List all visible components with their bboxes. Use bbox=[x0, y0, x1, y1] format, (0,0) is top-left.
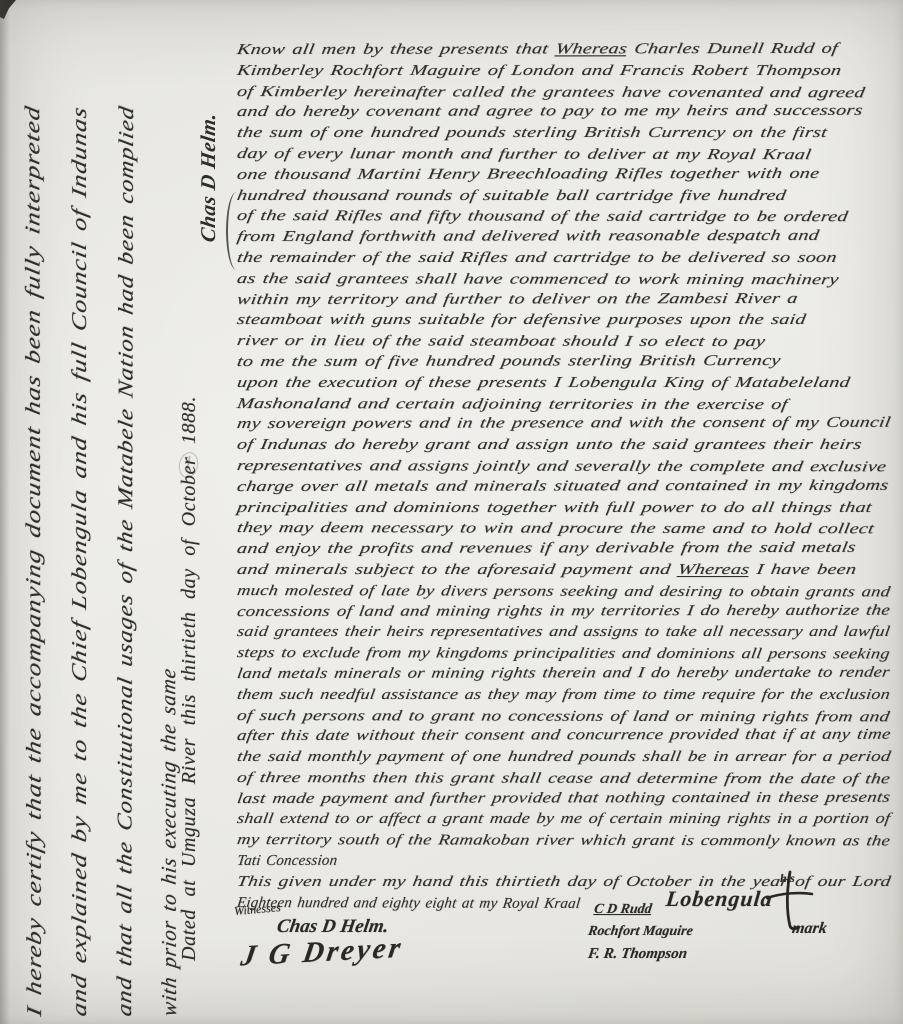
text-run: river or in lieu of the said steamboat s… bbox=[236, 333, 767, 350]
text-run: land metals minerals or mining rights th… bbox=[236, 665, 891, 682]
text-run: of such persons and to grant no concessi… bbox=[236, 708, 891, 725]
text-run: shall extend to or affect a grant made b… bbox=[236, 811, 891, 827]
text-run: after this date without their consent an… bbox=[236, 727, 892, 744]
text-run: the said monthly payment of one hundred … bbox=[236, 749, 892, 765]
text-run: charge over all metals and minerals situ… bbox=[236, 477, 890, 494]
hand-line: hundred thousand rounds of suitable ball… bbox=[235, 186, 903, 207]
text-run: day of every lunar month and further to … bbox=[236, 146, 813, 163]
text-run: the remainder of the said Rifles and car… bbox=[236, 250, 838, 266]
text-run: Kimberley Rochfort Maguire of London and… bbox=[236, 63, 843, 79]
text-run: my territory south of the Ramakoban rive… bbox=[236, 832, 891, 849]
text-run: steps to exclude from my kingdoms princi… bbox=[236, 645, 891, 662]
text-run: of three months then this grant shall ce… bbox=[236, 770, 892, 787]
text-run: one thousand Martini Henry Breechloading… bbox=[236, 166, 821, 183]
text-run: steamboat with guns suitable for defensi… bbox=[236, 312, 807, 328]
text-run: I have been bbox=[748, 562, 858, 578]
signature-jg-dreyer: J G Dreyer bbox=[238, 932, 405, 974]
hand-line: charge over all metals and minerals situ… bbox=[235, 475, 903, 498]
document-page: I hereby certify that the accompanying d… bbox=[0, 0, 903, 1024]
text-run: upon the execution of these presents I L… bbox=[236, 375, 851, 391]
text-run: as the said grantees shall have commence… bbox=[236, 271, 840, 288]
text-run: much molested of late by divers persons … bbox=[236, 583, 892, 600]
hand-line: the sum of one hundred pounds sterling B… bbox=[235, 123, 903, 144]
margin-dated-line: Dated at Umguza River this thirtieth day… bbox=[178, 396, 201, 961]
hand-line: Know all men by these presents that Wher… bbox=[235, 38, 903, 61]
text-run: and do hereby covenant and agree to pay … bbox=[236, 103, 864, 120]
margin-endorsement-lines: I hereby certify that the accompanying d… bbox=[12, 82, 192, 1016]
text-run: concessions of land and mining rights in… bbox=[236, 602, 891, 619]
hand-line: I hereby certify that the accompanying d… bbox=[10, 0, 57, 1020]
hand-line: to me the sum of five hundred pounds ste… bbox=[235, 350, 903, 373]
lobengula-cross-mark bbox=[762, 868, 816, 939]
hand-line: concessions of land and mining rights in… bbox=[235, 600, 903, 623]
hand-line: one thousand Martini Henry Breechloading… bbox=[235, 163, 903, 186]
hand-line: and do hereby covenant and agree to pay … bbox=[235, 101, 903, 124]
text-run: to me the sum of five hundred pounds ste… bbox=[236, 353, 782, 370]
text-run: I hereby certify that the accompanying d… bbox=[20, 104, 46, 1018]
hand-line: them such needful assistance as they may… bbox=[235, 685, 903, 706]
text-run: last made payment and further provided t… bbox=[236, 789, 892, 806]
margin-endorsement: I hereby certify that the accompanying d… bbox=[12, 82, 230, 1016]
text-run: of Kimberley hereinafter called the gran… bbox=[236, 84, 866, 101]
hand-line: the remainder of the said Rifles and car… bbox=[235, 248, 903, 269]
underlined-word: Whereas bbox=[677, 562, 751, 578]
text-run: of the said Rifles and fifty thousand of… bbox=[236, 208, 849, 225]
hand-line: my sovereign powers and in the presence … bbox=[235, 413, 903, 436]
signature-fr-thompson: F. R. Thompson bbox=[587, 946, 688, 963]
text-run: principalities and dominions together wi… bbox=[236, 500, 873, 516]
hand-line: and explained by me to the Chief Lobengu… bbox=[57, 0, 102, 1020]
text-run: Tati Concession bbox=[236, 853, 338, 869]
text-run: and minerals subject to the aforesaid pa… bbox=[236, 562, 679, 578]
text-run: they may deem necessary to win and procu… bbox=[236, 520, 876, 537]
text-run: the sum of one hundred pounds sterling B… bbox=[236, 125, 829, 141]
hand-line: and that all the Constitutional usages o… bbox=[102, 0, 149, 1020]
text-run: hundred thousand rounds of suitable ball… bbox=[236, 188, 787, 204]
hand-line: Kimberley Rochfort Maguire of London and… bbox=[235, 61, 903, 82]
hand-line: after this date without their consent an… bbox=[235, 725, 903, 748]
hand-line: steamboat with guns suitable for defensi… bbox=[235, 310, 903, 331]
text-run: and enjoy the profits and revenues if an… bbox=[236, 540, 857, 557]
text-run: and minerals subject to the aforesaid pa… bbox=[236, 562, 858, 578]
hand-line: land metals minerals or mining rights th… bbox=[235, 662, 903, 685]
text-run: of Indunas do hereby grant and assign un… bbox=[236, 437, 863, 453]
text-run: Mashonaland and certain adjoining territ… bbox=[236, 396, 789, 413]
text-run: and explained by me to the Chief Lobengu… bbox=[67, 104, 91, 1018]
text-run: Charles Dunell Rudd of bbox=[626, 41, 839, 57]
hand-line: said grantees their heirs representative… bbox=[235, 622, 903, 643]
underlined-word: Whereas bbox=[554, 41, 628, 57]
text-run: Know all men by these presents that bbox=[236, 41, 557, 58]
text-run: representatives and assigns jointly and … bbox=[236, 458, 888, 475]
witnesses-label: Witnesses bbox=[233, 900, 281, 919]
hand-line: of Indunas do hereby grant and assign un… bbox=[235, 435, 903, 456]
text-run: my sovereign powers and in the presence … bbox=[236, 415, 892, 432]
hand-line: the said monthly payment of one hundred … bbox=[235, 747, 903, 768]
hand-line: upon the execution of these presents I L… bbox=[235, 373, 903, 394]
text-run: from England forthwith and delivered wit… bbox=[236, 228, 821, 245]
body-text: Know all men by these presents that Wher… bbox=[237, 40, 893, 913]
hand-line: and enjoy the profits and revenues if an… bbox=[235, 537, 903, 560]
hand-line: within my territory and further to deliv… bbox=[235, 288, 903, 311]
hand-line: and minerals subject to the aforesaid pa… bbox=[235, 560, 903, 581]
hand-line: from England forthwith and delivered wit… bbox=[235, 225, 903, 248]
text-run: Eighteen hundred and eighty eight at my … bbox=[236, 895, 581, 912]
hand-line: principalities and dominions together wi… bbox=[235, 498, 903, 519]
text-run: and that all the Constitutional usages o… bbox=[112, 104, 138, 1018]
hand-line: shall extend to or affect a grant made b… bbox=[235, 809, 903, 830]
hand-line: last made payment and further provided t… bbox=[235, 787, 903, 810]
margin-signature-helm: Chas D Helm. bbox=[196, 111, 221, 244]
left-edge-shading bbox=[0, 0, 10, 1024]
text-run: said grantees their heirs representative… bbox=[236, 624, 891, 640]
hand-line: as the said grantees shall have commence… bbox=[235, 269, 903, 292]
text-run: Know all men by these presents that Wher… bbox=[236, 41, 839, 58]
signature-rochfort-maguire: Rochfort Maguire bbox=[587, 924, 694, 940]
text-run: them such needful assistance as they may… bbox=[236, 687, 891, 703]
signature-cd-rudd: C D Rudd bbox=[593, 902, 653, 918]
signature-lobengula: Lobengula bbox=[665, 886, 775, 912]
text-run: within my territory and further to deliv… bbox=[236, 290, 799, 307]
